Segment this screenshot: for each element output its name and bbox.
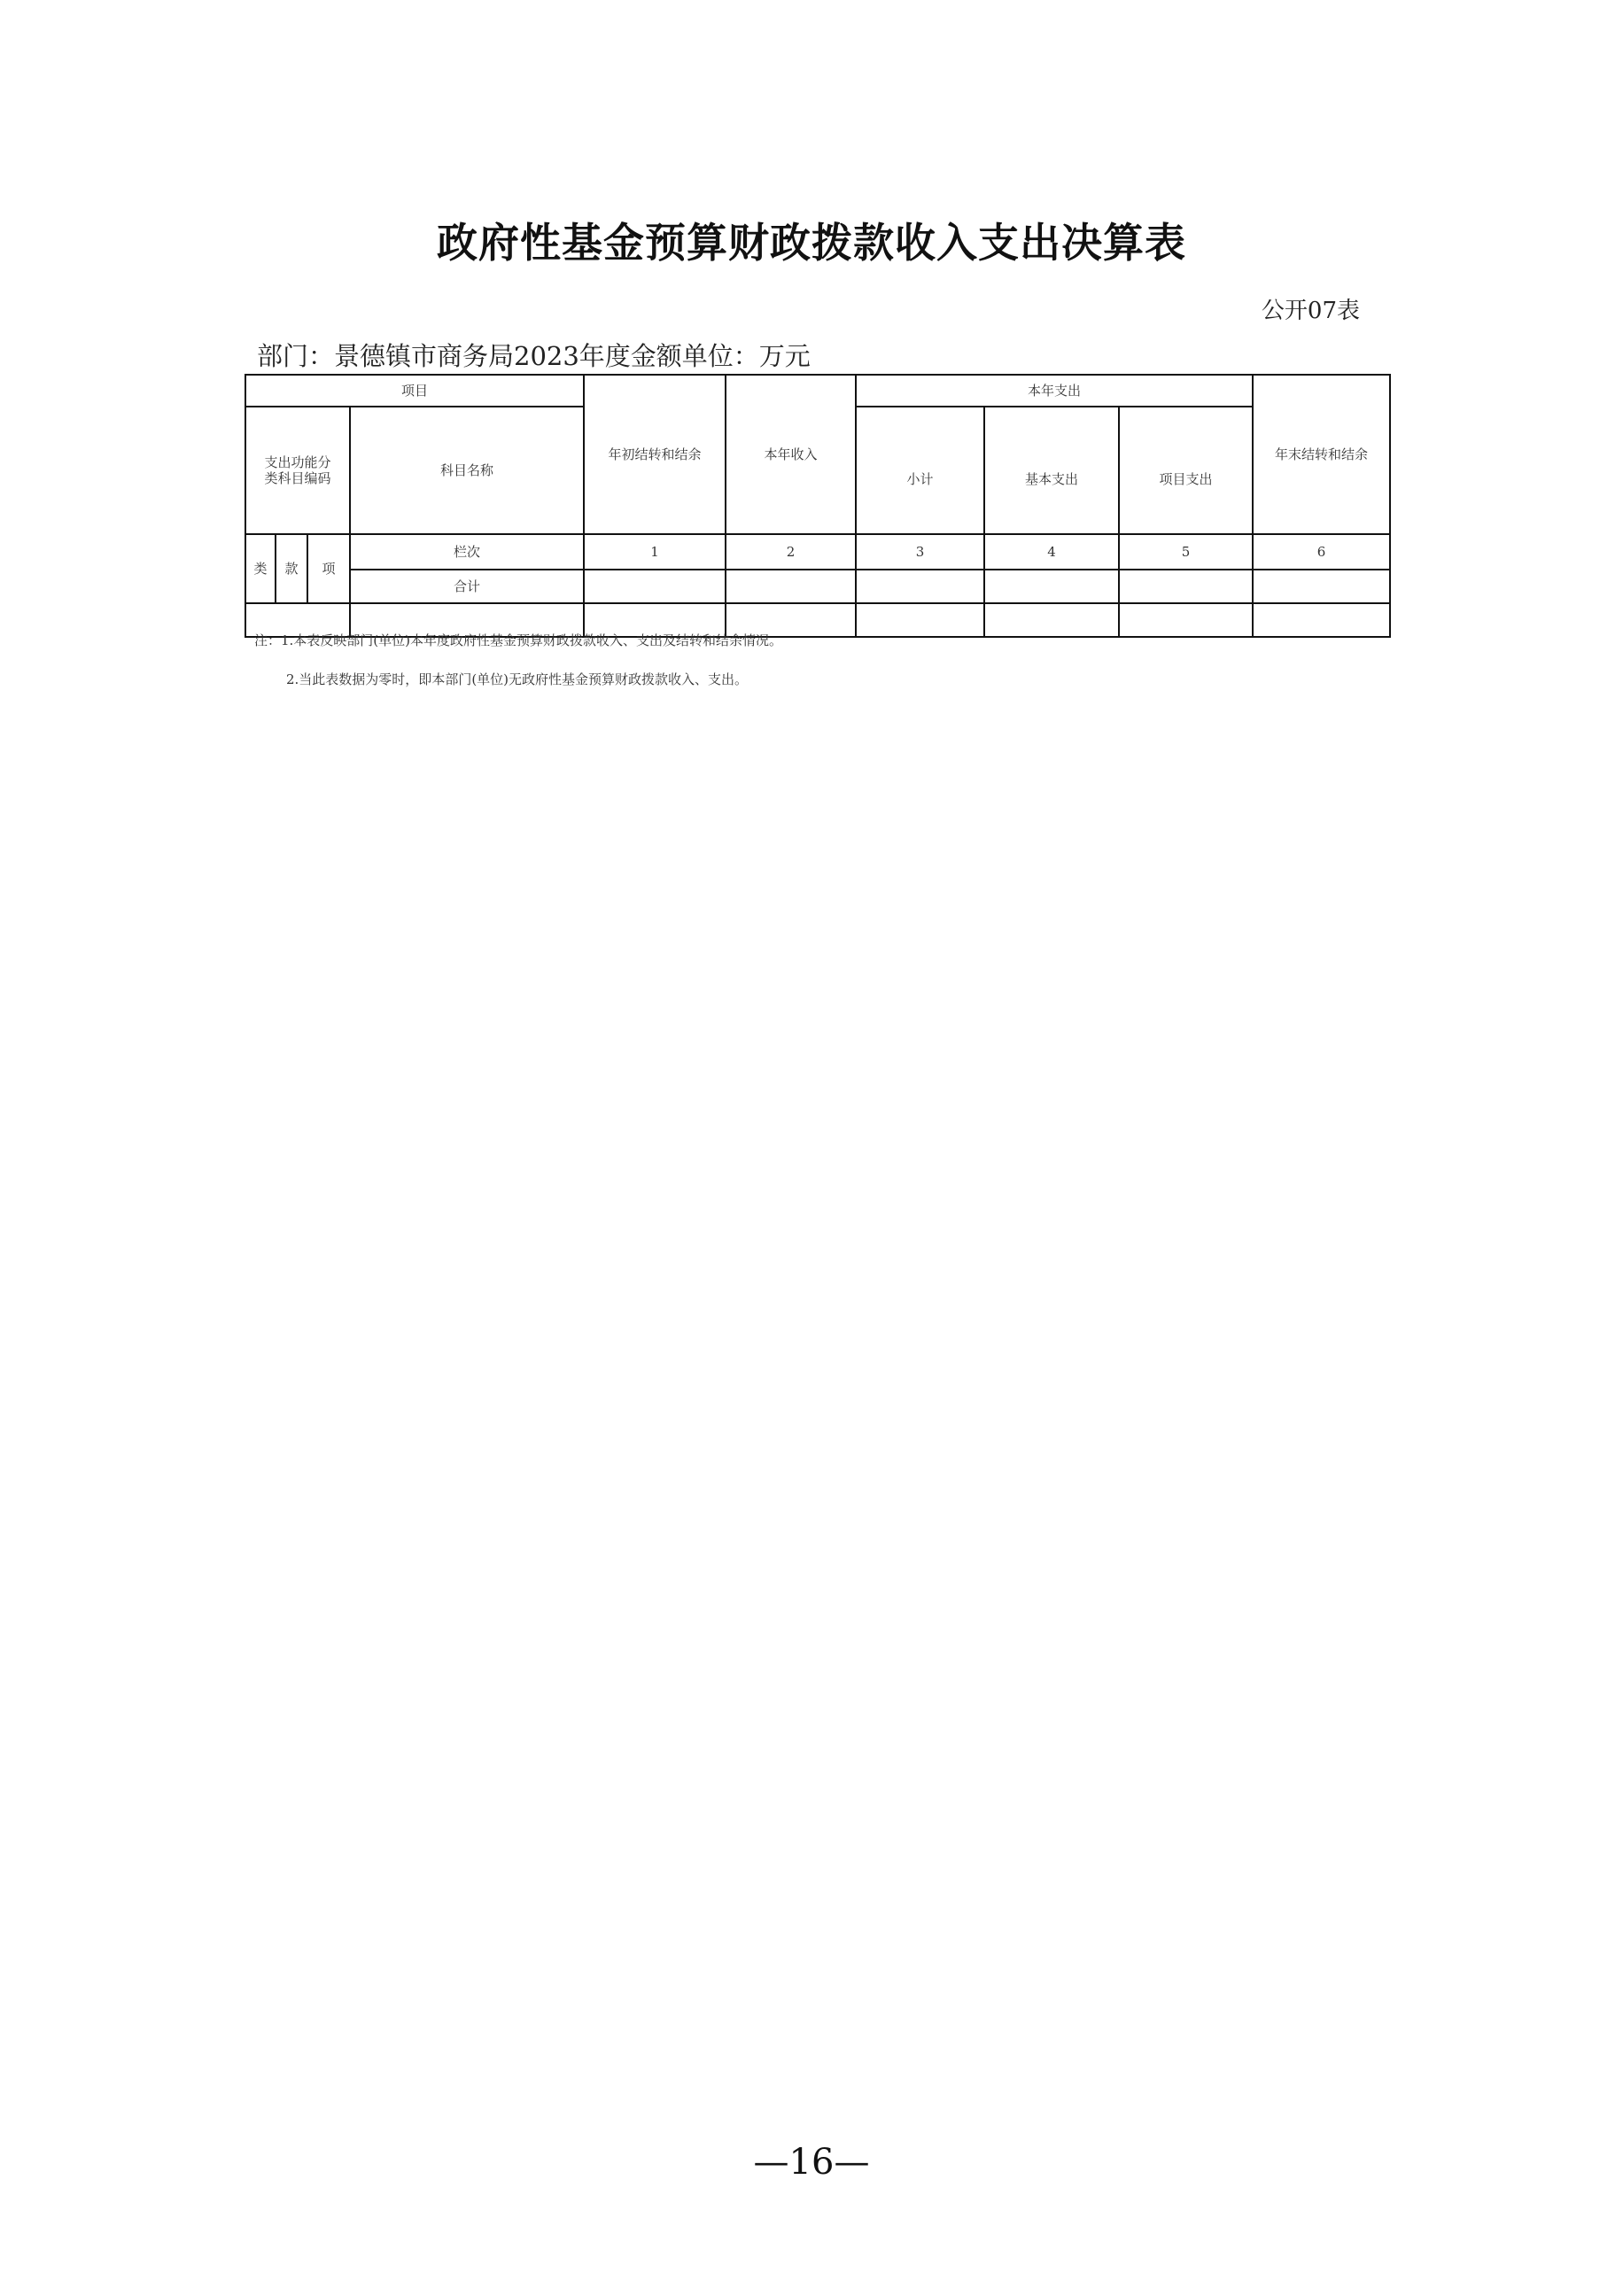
note-2: 2.当此表数据为零时，即本部门(单位)无政府性基金预算财政拨款收入、支出。 bbox=[286, 670, 782, 688]
header-item-level: 项 bbox=[307, 534, 350, 603]
total-cell bbox=[1253, 570, 1390, 603]
column-index: 2 bbox=[726, 534, 856, 570]
header-item: 项目 bbox=[245, 375, 584, 407]
header-end-balance: 年末结转和结余 bbox=[1253, 375, 1390, 534]
note-1: 注：1.本表反映部门(单位)本年度政府性基金预算财政拨款收入、支出及结转和结余情… bbox=[254, 631, 782, 649]
header-subtotal: 小计 bbox=[856, 407, 984, 534]
header-subject-name: 科目名称 bbox=[350, 407, 584, 534]
column-index: 5 bbox=[1119, 534, 1253, 570]
total-label: 合计 bbox=[350, 570, 584, 603]
page-number: —16— bbox=[0, 2142, 1623, 2183]
total-cell bbox=[726, 570, 856, 603]
budget-table: 项目 年初结转和结余 本年收入 本年支出 年末结转和结余 支出功能分 类科目编码… bbox=[245, 374, 1391, 638]
column-index: 1 bbox=[584, 534, 726, 570]
total-row: 合计 bbox=[245, 570, 1390, 603]
row-cell bbox=[856, 603, 984, 637]
header-code-group: 支出功能分 类科目编码 bbox=[245, 407, 350, 534]
total-cell bbox=[1119, 570, 1253, 603]
header-code-group-line2: 类科目编码 bbox=[246, 470, 349, 486]
row-cell bbox=[1119, 603, 1253, 637]
row-cell bbox=[1253, 603, 1390, 637]
column-index: 4 bbox=[984, 534, 1119, 570]
header-section: 款 bbox=[276, 534, 307, 603]
header-code-group-line1: 支出功能分 bbox=[246, 454, 349, 470]
header-current-expense: 本年支出 bbox=[856, 375, 1253, 407]
total-cell bbox=[584, 570, 726, 603]
header-begin-balance: 年初结转和结余 bbox=[584, 375, 726, 534]
form-code: 公开07表 bbox=[1262, 292, 1360, 325]
column-index-label: 栏次 bbox=[350, 534, 584, 570]
notes: 注：1.本表反映部门(单位)本年度政府性基金预算财政拨款收入、支出及结转和结余情… bbox=[254, 631, 782, 688]
column-index: 6 bbox=[1253, 534, 1390, 570]
header-project-expense: 项目支出 bbox=[1119, 407, 1253, 534]
total-cell bbox=[856, 570, 984, 603]
department-line: 部门：景德镇市商务局2023年度金额单位：万元 bbox=[257, 337, 811, 373]
total-cell bbox=[984, 570, 1119, 603]
header-class: 类 bbox=[245, 534, 276, 603]
column-index: 3 bbox=[856, 534, 984, 570]
header-basic-expense: 基本支出 bbox=[984, 407, 1119, 534]
row-cell bbox=[984, 603, 1119, 637]
document-title: 政府性基金预算财政拨款收入支出决算表 bbox=[0, 211, 1623, 269]
header-current-income: 本年收入 bbox=[726, 375, 856, 534]
